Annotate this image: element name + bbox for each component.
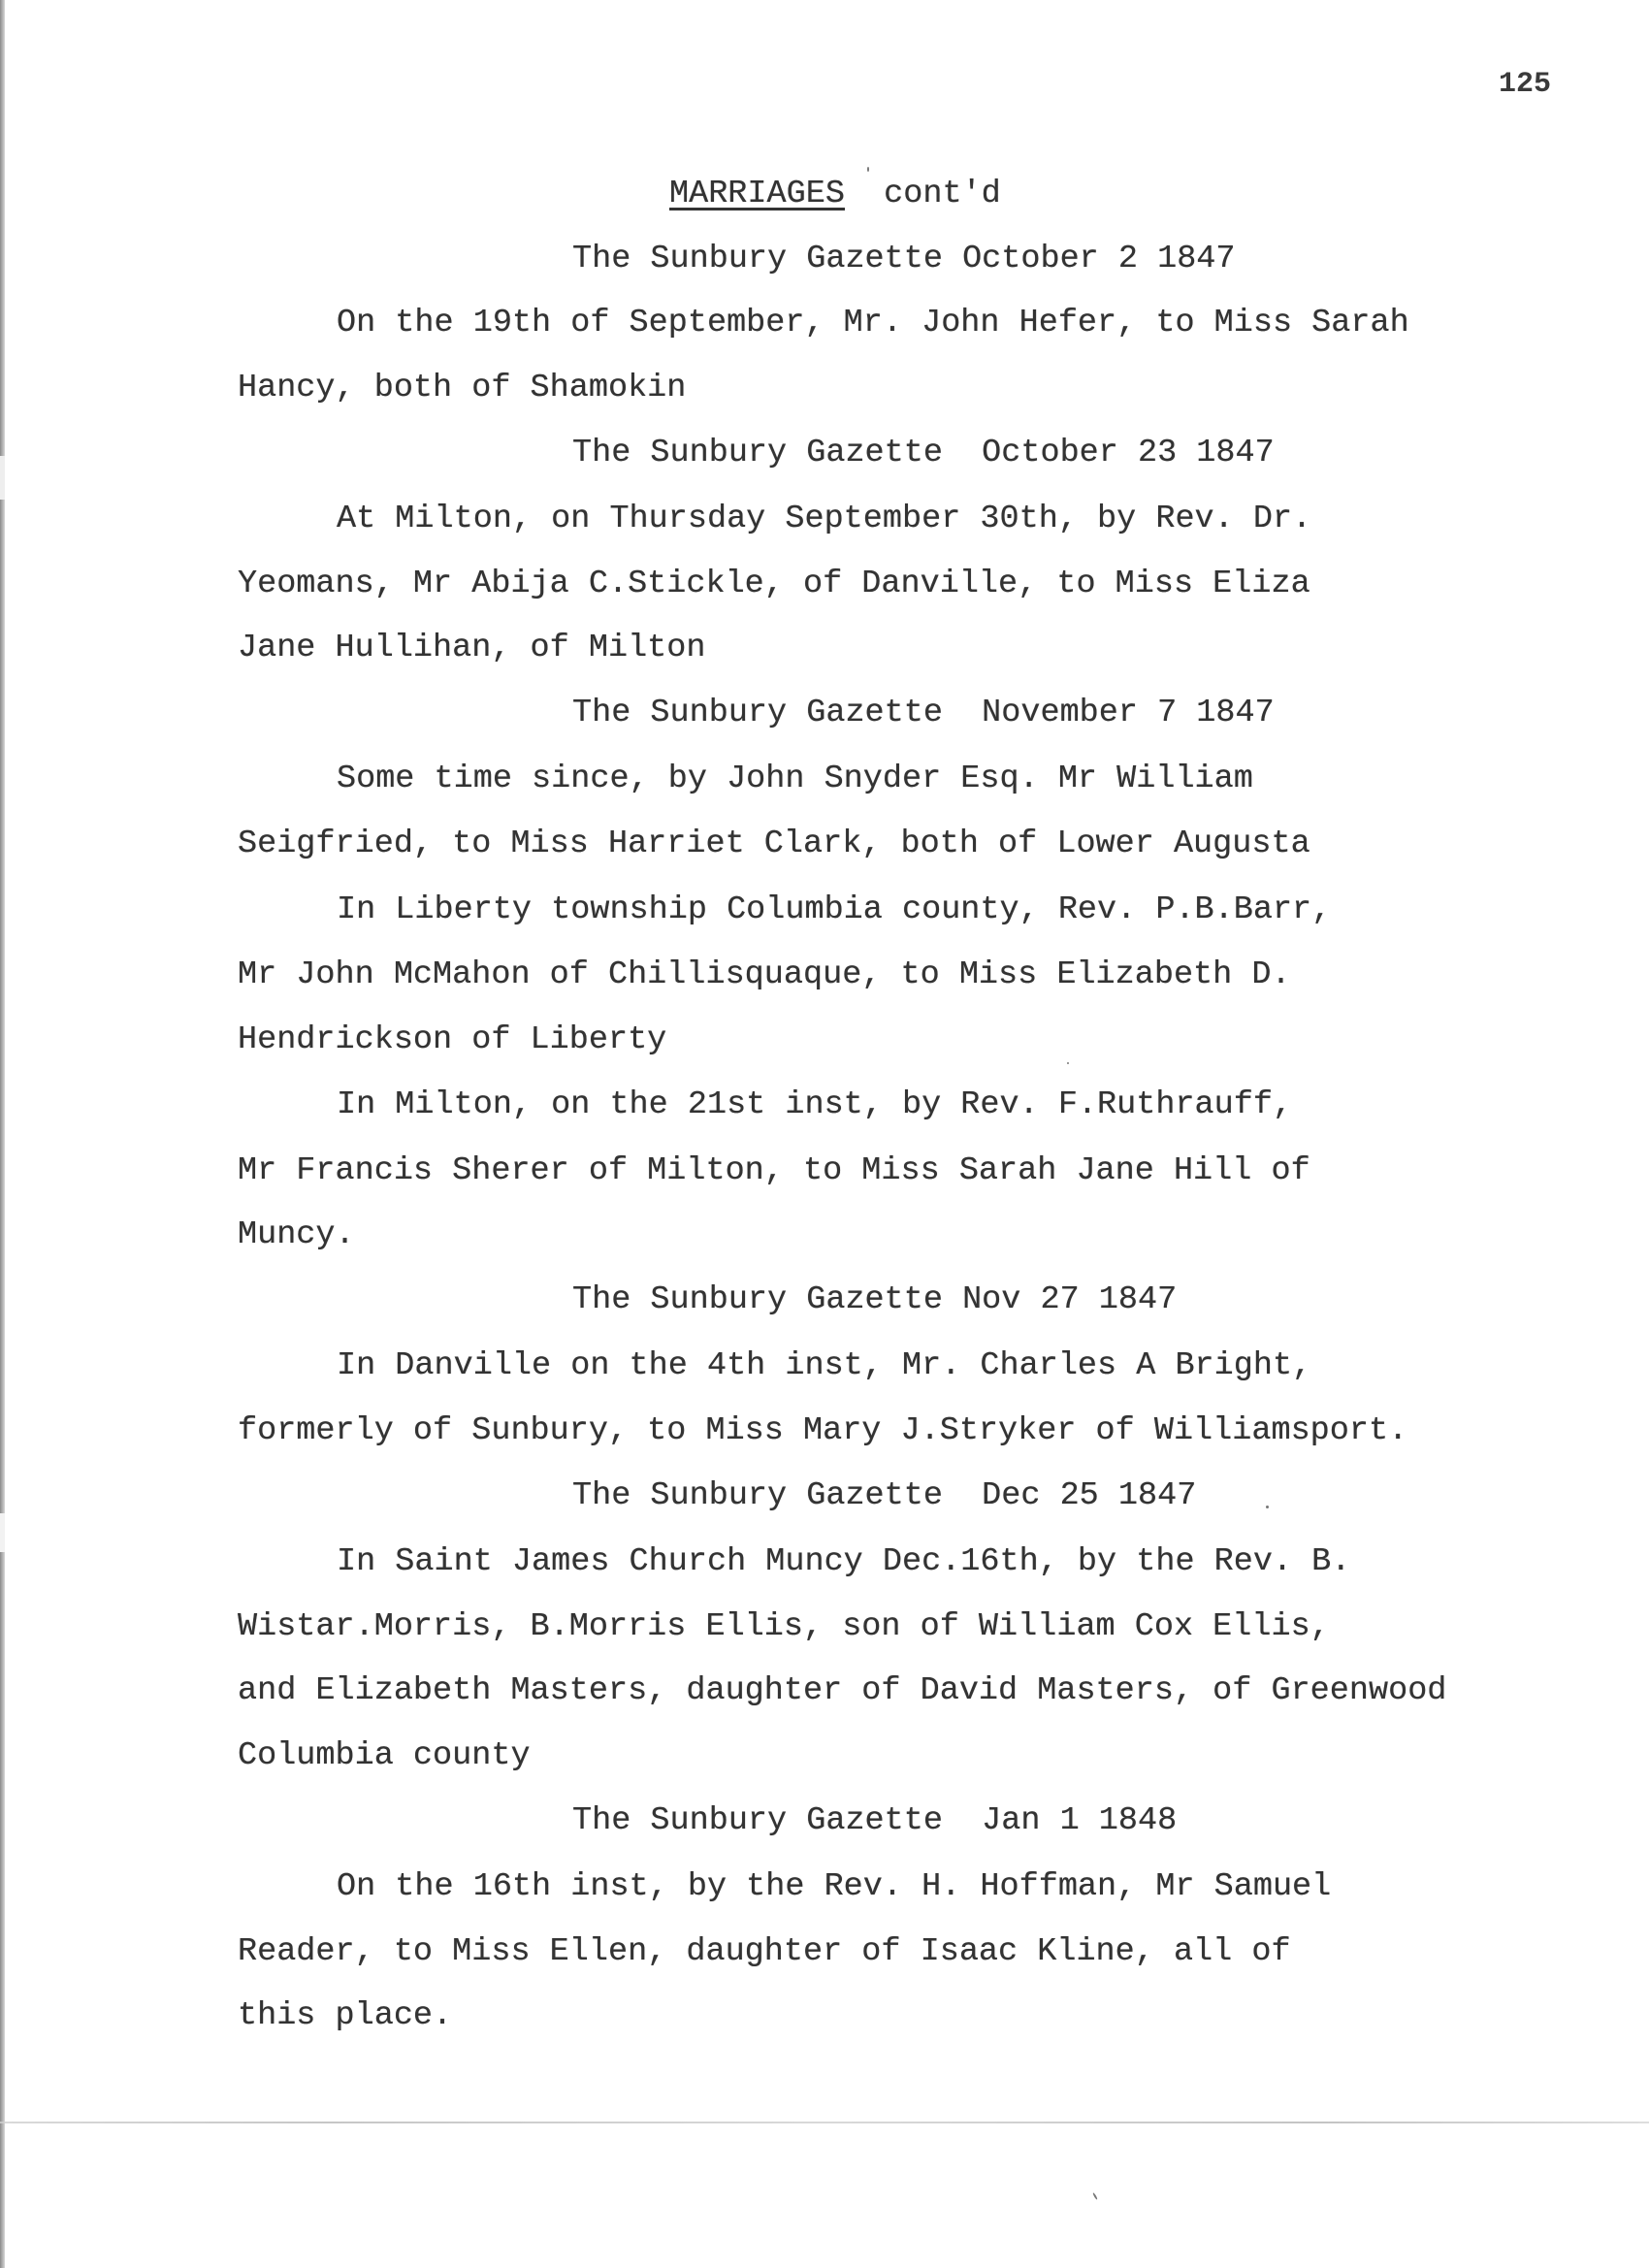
- source-heading: The Sunbury Gazette October 23 1847: [572, 434, 1275, 472]
- entry-line: At Milton, on Thursday September 30th, b…: [337, 500, 1311, 538]
- scan-speck: [1067, 1062, 1069, 1064]
- scan-speck: [1266, 1506, 1269, 1508]
- entry-line: Mr John McMahon of Chillisquaque, to Mis…: [238, 956, 1291, 994]
- scan-edge-artifact: [0, 1513, 5, 1552]
- scan-left-edge: [0, 0, 5, 2268]
- entry-line: In Milton, on the 21st inst, by Rev. F.R…: [337, 1085, 1292, 1124]
- source-heading: The Sunbury Gazette November 7 1847: [572, 694, 1275, 732]
- source-heading: The Sunbury Gazette October 2 1847: [572, 240, 1236, 278]
- entry-line: Mr Francis Sherer of Milton, to Miss Sar…: [238, 1151, 1310, 1190]
- entry-line: Reader, to Miss Ellen, daughter of Isaac…: [238, 1932, 1291, 1971]
- entry-line: In Liberty township Columbia county, Rev…: [337, 891, 1331, 929]
- source-heading: The Sunbury Gazette Dec 25 1847: [572, 1476, 1196, 1515]
- scan-edge-artifact: [0, 456, 5, 500]
- entry-line: and Elizabeth Masters, daughter of David…: [238, 1671, 1446, 1710]
- title-suffix: cont'd: [884, 176, 1001, 212]
- page-title: MARRIAGES cont'd: [669, 175, 1001, 213]
- scan-speck: [1092, 2192, 1098, 2200]
- entry-line: Seigfried, to Miss Harriet Clark, both o…: [238, 825, 1310, 863]
- entry-line: Yeomans, Mr Abija C.Stickle, of Danville…: [238, 565, 1310, 603]
- title-heading: MARRIAGES: [669, 176, 845, 212]
- entry-line: In Danville on the 4th inst, Mr. Charles…: [337, 1346, 1311, 1385]
- entry-line: Jane Hullihan, of Milton: [238, 629, 705, 667]
- entry-line: Hendrickson of Liberty: [238, 1021, 666, 1059]
- entry-line: Hancy, both of Shamokin: [238, 369, 686, 407]
- page-number: 125: [1499, 68, 1551, 101]
- scan-speck: [867, 167, 869, 172]
- entry-line: formerly of Sunbury, to Miss Mary J.Stry…: [238, 1411, 1407, 1450]
- entry-line: On the 16th inst, by the Rev. H. Hoffman…: [337, 1867, 1331, 1906]
- entry-line: this place.: [238, 1996, 452, 2035]
- source-heading: The Sunbury Gazette Jan 1 1848: [572, 1801, 1177, 1840]
- entry-line: Some time since, by John Snyder Esq. Mr …: [337, 760, 1253, 798]
- source-heading: The Sunbury Gazette Nov 27 1847: [572, 1280, 1177, 1319]
- entry-line: In Saint James Church Muncy Dec.16th, by…: [337, 1542, 1350, 1581]
- entry-line: Columbia county: [238, 1736, 531, 1775]
- scan-fold-line: [0, 2122, 1649, 2123]
- entry-line: Wistar.Morris, B.Morris Ellis, son of Wi…: [238, 1607, 1330, 1646]
- entry-line: On the 19th of September, Mr. John Hefer…: [337, 304, 1409, 342]
- entry-line: Muncy.: [238, 1215, 355, 1254]
